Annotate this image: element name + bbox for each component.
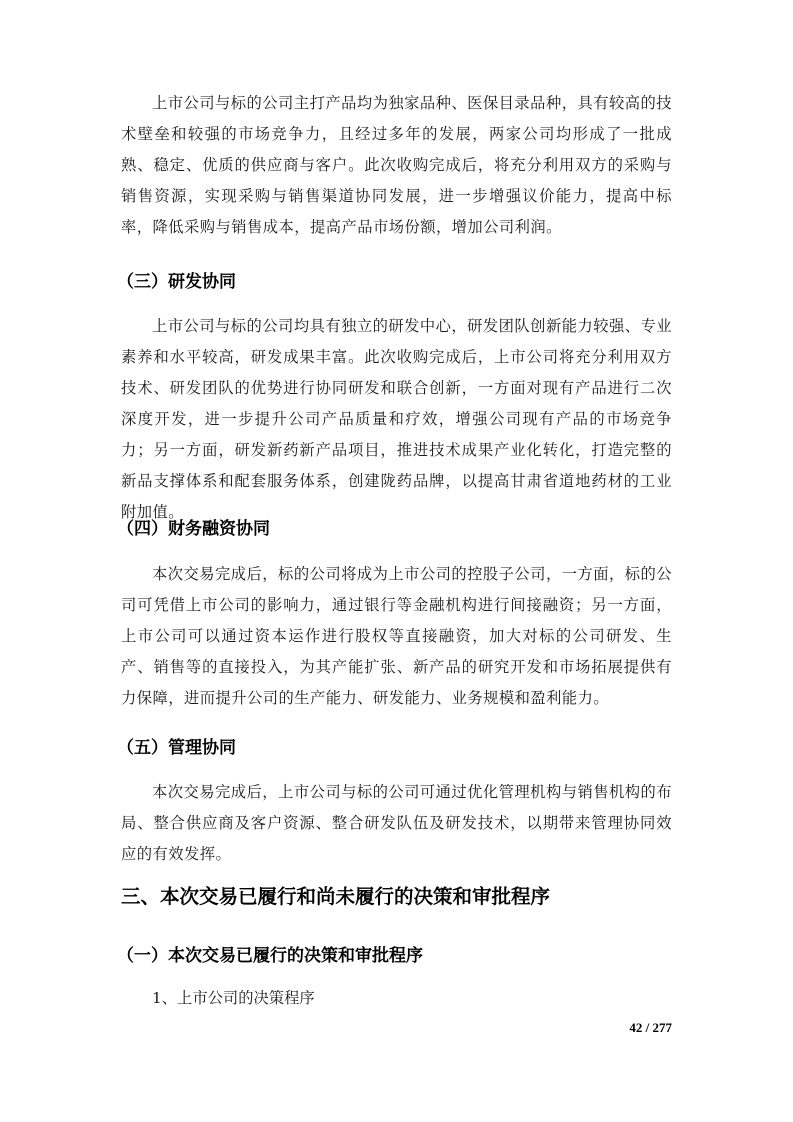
subsection-heading-completed-procedures: （一）本次交易已履行的决策和审批程序 <box>117 944 423 968</box>
heading-management-synergy: （五）管理协同 <box>117 736 236 760</box>
paragraph-purchase-sales-synergy: 上市公司与标的公司主打产品均为独家品种、医保目录品种，具有较高的技术壁垒和较强的… <box>121 88 672 243</box>
paragraph-management-synergy: 本次交易完成后，上市公司与标的公司可通过优化管理机构与销售机构的布局、整合供应商… <box>121 777 672 870</box>
chapter-heading-approval-procedures: 三、本次交易已履行和尚未履行的决策和审批程序 <box>121 883 550 911</box>
page-number: 42 / 277 <box>629 1020 672 1036</box>
heading-financing-synergy: （四）财务融资协同 <box>117 517 270 541</box>
heading-rd-synergy: （三）研发协同 <box>117 270 236 294</box>
paragraph-rd-synergy: 上市公司与标的公司均具有独立的研发中心，研发团队创新能力较强、专业素养和水平较高… <box>121 311 672 528</box>
paragraph-financing-synergy: 本次交易完成后，标的公司将成为上市公司的控股子公司，一方面，标的公司可凭借上市公… <box>121 559 672 714</box>
list-item-listed-company-procedure: 1、上市公司的决策程序 <box>152 986 315 1010</box>
